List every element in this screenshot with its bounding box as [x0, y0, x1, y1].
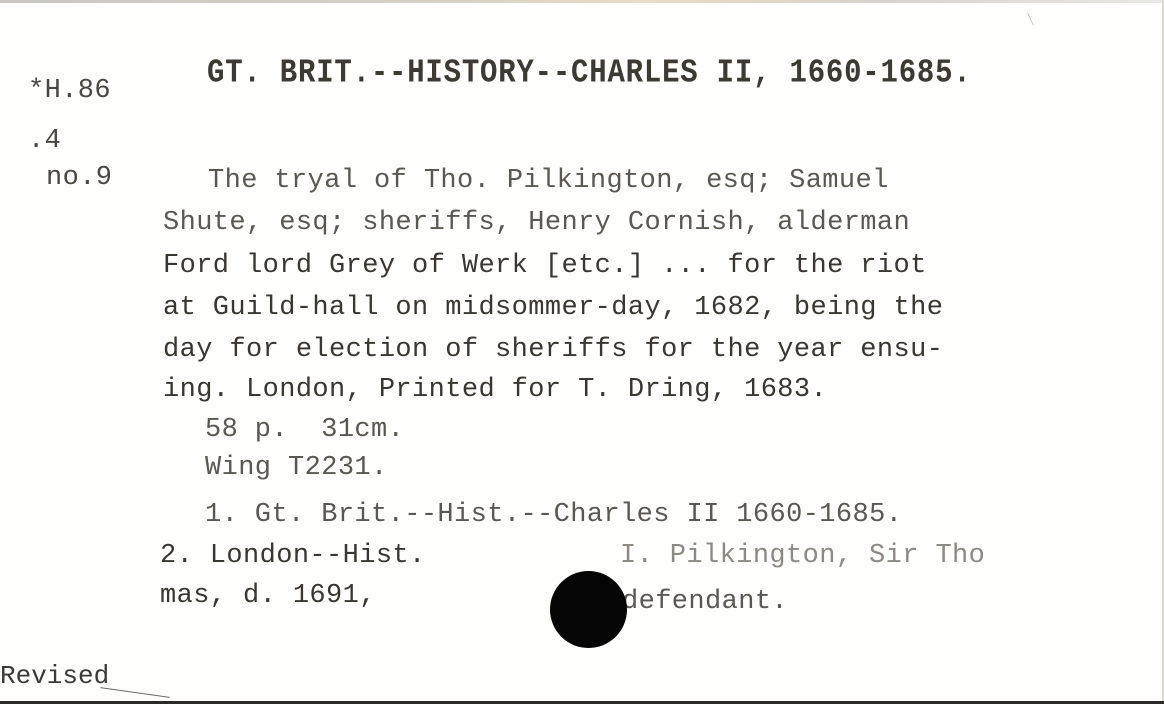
- title-line: at Guild-hall on midsommer-day, 1682, be…: [163, 295, 943, 322]
- tracing-line: defendant.: [622, 589, 788, 616]
- tracing-line: I. Pilkington, Sir Tho: [620, 543, 985, 570]
- call-number-line-3: no.9: [46, 165, 112, 192]
- call-number-line-2: .4: [28, 128, 61, 155]
- title-line: Ford lord Grey of Werk [etc.] ... for th…: [163, 253, 927, 280]
- title-line: ing. London, Printed for T. Dring, 1683.: [163, 377, 827, 404]
- card-top-edge: [0, 0, 1164, 3]
- revised-underline: [100, 687, 169, 698]
- subject-heading: GT. BRIT.--HISTORY--CHARLES II, 1660-168…: [207, 56, 972, 89]
- collation: 58 p. 31cm.: [205, 417, 404, 444]
- title-line: day for election of sheriffs for the yea…: [163, 337, 943, 364]
- title-line: The tryal of Tho. Pilkington, esq; Samue…: [208, 168, 889, 195]
- title-line: Shute, esq; sheriffs, Henry Cornish, ald…: [163, 210, 910, 237]
- catalog-card: *H.86 .4 no.9 GT. BRIT.--HISTORY--CHARLE…: [0, 0, 1164, 704]
- call-number-line-1: *H.86: [28, 78, 111, 105]
- punch-hole: [550, 571, 627, 648]
- revised-note: Revised: [0, 661, 109, 691]
- card-scratch-mark: [1027, 12, 1034, 25]
- bibliographic-reference: Wing T2231.: [205, 455, 388, 482]
- tracing-line: mas, d. 1691,: [160, 583, 376, 610]
- tracing-line: 2. London--Hist.: [160, 543, 426, 570]
- tracing-line: 1. Gt. Brit.--Hist.--Charles II 1660-168…: [205, 502, 902, 529]
